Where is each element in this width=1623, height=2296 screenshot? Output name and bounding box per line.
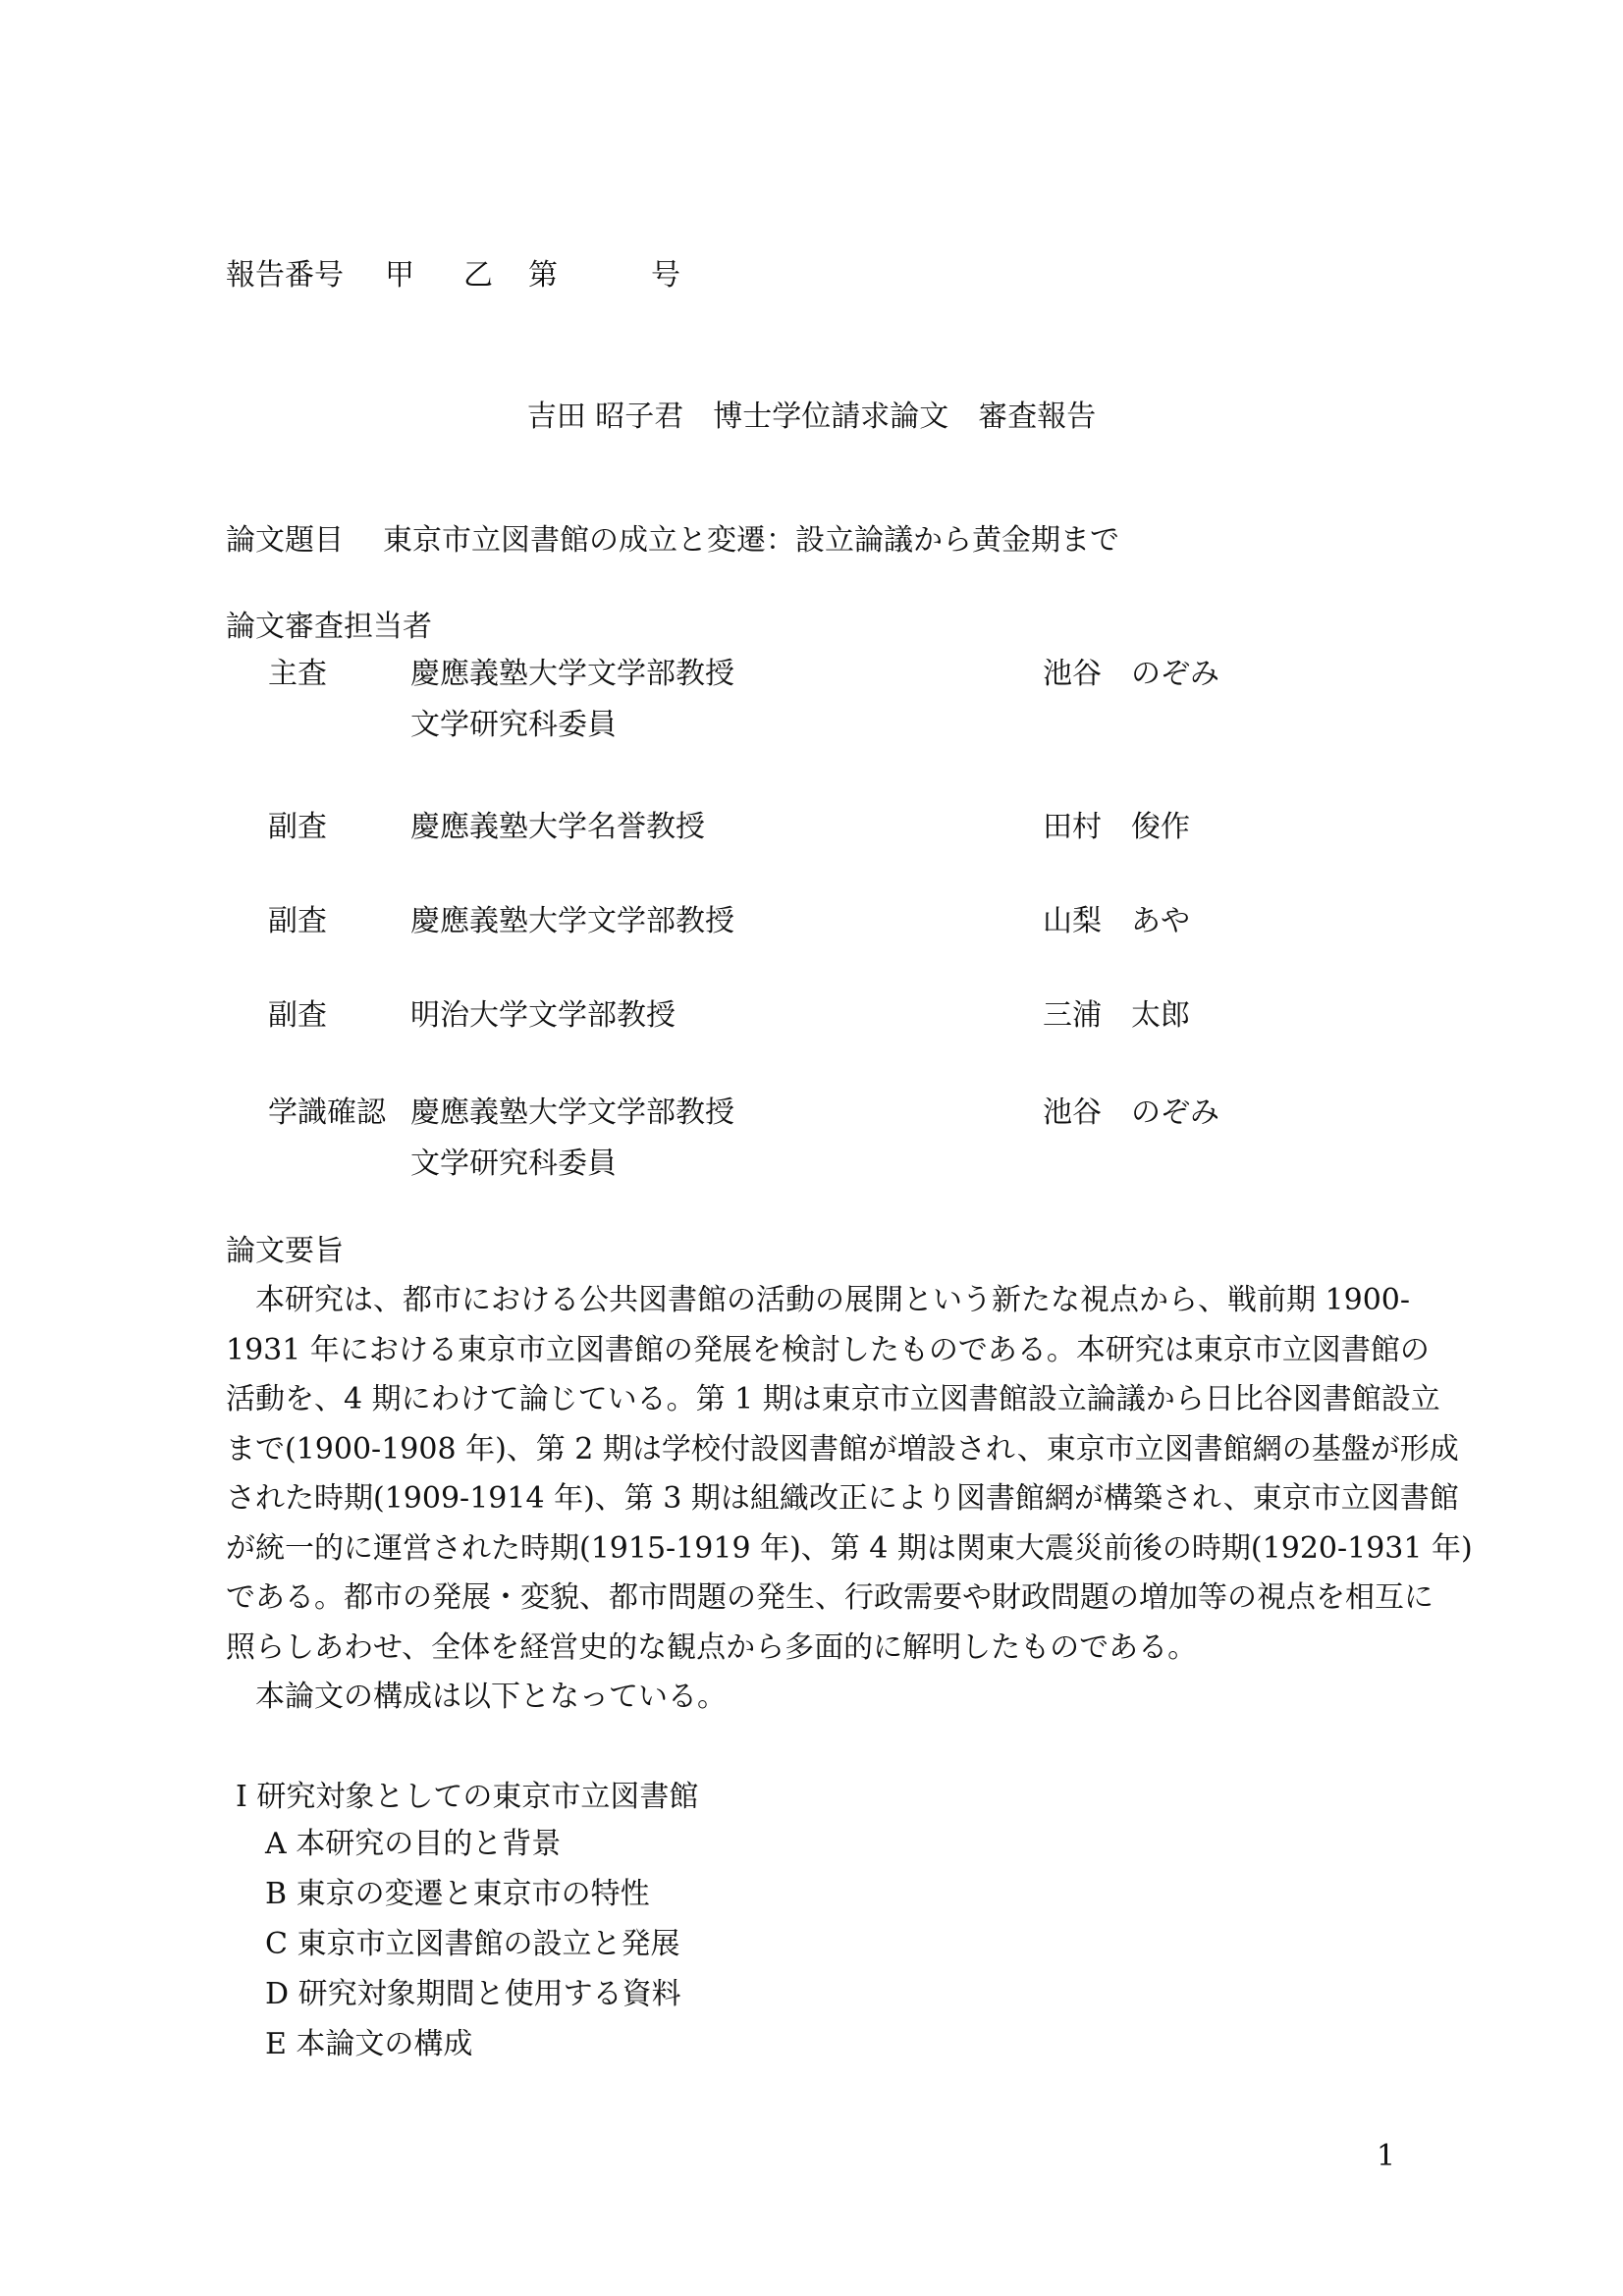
- thesis-title: 東京市立図書館の成立と変遷：設立論議から黄金期まで: [383, 523, 1119, 558]
- committee-member-name: 池谷 のぞみ: [1043, 1095, 1219, 1132]
- outline-chapter-1: I 研究対象としての東京市立図書館: [236, 1779, 698, 1816]
- report-number-line: 報告番号甲乙第号: [226, 257, 680, 294]
- committee-affiliation: 慶應義塾大学名誉教授: [410, 810, 705, 844]
- outline-item: C 東京市立図書館の設立と発展: [265, 1919, 681, 1969]
- abstract-line: 照らしあわせ、全体を経営史的な観点から多面的に解明したものである。: [226, 1624, 1394, 1674]
- abstract-line: が統一的に運営された時期(1915-1919 年)、第 4 期は関東大震災前後の…: [226, 1524, 1394, 1575]
- abstract-line: 活動を、4 期にわけて論じている。第 1 期は東京市立図書館設立論議から日比谷図…: [226, 1375, 1394, 1425]
- outline-item: A 本研究の目的と背景: [265, 1819, 681, 1869]
- committee-member-name: 山梨 あや: [1043, 903, 1190, 940]
- abstract-line: 1931 年における東京市立図書館の発展を検討したものである。本研究は東京市立図…: [226, 1326, 1394, 1376]
- committee-member-name: 池谷 のぞみ: [1043, 656, 1219, 693]
- committee-role: 主査: [268, 656, 410, 693]
- report-number-dai: 第: [528, 258, 558, 293]
- committee-row-knowledge-check: 学識確認慶應義塾大学文学部教授 池谷 のぞみ: [268, 1095, 1544, 1132]
- report-number-gou: 号: [651, 258, 680, 293]
- committee-role: 副査: [268, 997, 410, 1035]
- thesis-title-label: 論文題目: [226, 523, 344, 558]
- committee-role: 学識確認: [268, 1095, 410, 1132]
- committee-heading: 論文審査担当者: [226, 609, 432, 646]
- abstract-line: である。都市の発展・変貌、都市問題の発生、行政需要や財政問題の増加等の視点を相互…: [226, 1574, 1394, 1624]
- committee-row-deputy-3: 副査明治大学文学部教授 三浦 太郎: [268, 997, 1544, 1035]
- committee-role: 副査: [268, 809, 410, 846]
- outline-item: E 本論文の構成: [265, 2019, 681, 2069]
- committee-affiliation-line2: 文学研究科委員: [410, 1146, 617, 1183]
- committee-affiliation: 慶應義塾大学文学部教授: [410, 657, 734, 691]
- report-number-kou: 甲: [385, 258, 414, 293]
- abstract-body: 本研究は、都市における公共図書館の活動の展開という新たな視点から、戦前期 190…: [226, 1276, 1394, 1723]
- committee-row-deputy-1: 副査慶應義塾大学名誉教授 田村 俊作: [268, 809, 1544, 846]
- abstract-line: まで(1900-1908 年)、第 2 期は学校付設図書館が増設され、東京市立図…: [226, 1425, 1394, 1475]
- committee-member-name: 田村 俊作: [1043, 809, 1190, 846]
- abstract-line: 本論文の構成は以下となっている。: [226, 1673, 1394, 1723]
- outline-item: D 研究対象期間と使用する資料: [265, 1969, 681, 2019]
- committee-affiliation: 慶應義塾大学文学部教授: [410, 1095, 734, 1130]
- abstract-line: 本研究は、都市における公共図書館の活動の展開という新たな視点から、戦前期 190…: [226, 1276, 1394, 1326]
- committee-affiliation: 明治大学文学部教授: [410, 998, 676, 1033]
- report-number-otsu: 乙: [463, 258, 493, 293]
- abstract-line: された時期(1909-1914 年)、第 3 期は組織改正により図書館網が構築さ…: [226, 1474, 1394, 1524]
- report-number-label: 報告番号: [226, 258, 344, 293]
- committee-member-name: 三浦 太郎: [1043, 997, 1190, 1035]
- document-title: 吉田 昭子君 博士学位請求論文 審査報告: [0, 399, 1623, 436]
- thesis-title-line: 論文題目東京市立図書館の成立と変遷：設立論議から黄金期まで: [226, 522, 1119, 560]
- document-page: 報告番号甲乙第号 吉田 昭子君 博士学位請求論文 審査報告 論文題目東京市立図書…: [0, 0, 1623, 2296]
- outline-item: B 東京の変遷と東京市の特性: [265, 1869, 681, 1919]
- committee-role: 副査: [268, 903, 410, 940]
- committee-affiliation-line2: 文学研究科委員: [410, 707, 617, 744]
- abstract-heading: 論文要旨: [226, 1233, 344, 1270]
- page-number: 1: [1377, 2138, 1395, 2175]
- outline-items: A 本研究の目的と背景 B 東京の変遷と東京市の特性 C 東京市立図書館の設立と…: [265, 1819, 681, 2069]
- committee-row-chief: 主査慶應義塾大学文学部教授 池谷 のぞみ: [268, 656, 1544, 693]
- committee-row-deputy-2: 副査慶應義塾大学文学部教授 山梨 あや: [268, 903, 1544, 940]
- committee-affiliation: 慶應義塾大学文学部教授: [410, 904, 734, 938]
